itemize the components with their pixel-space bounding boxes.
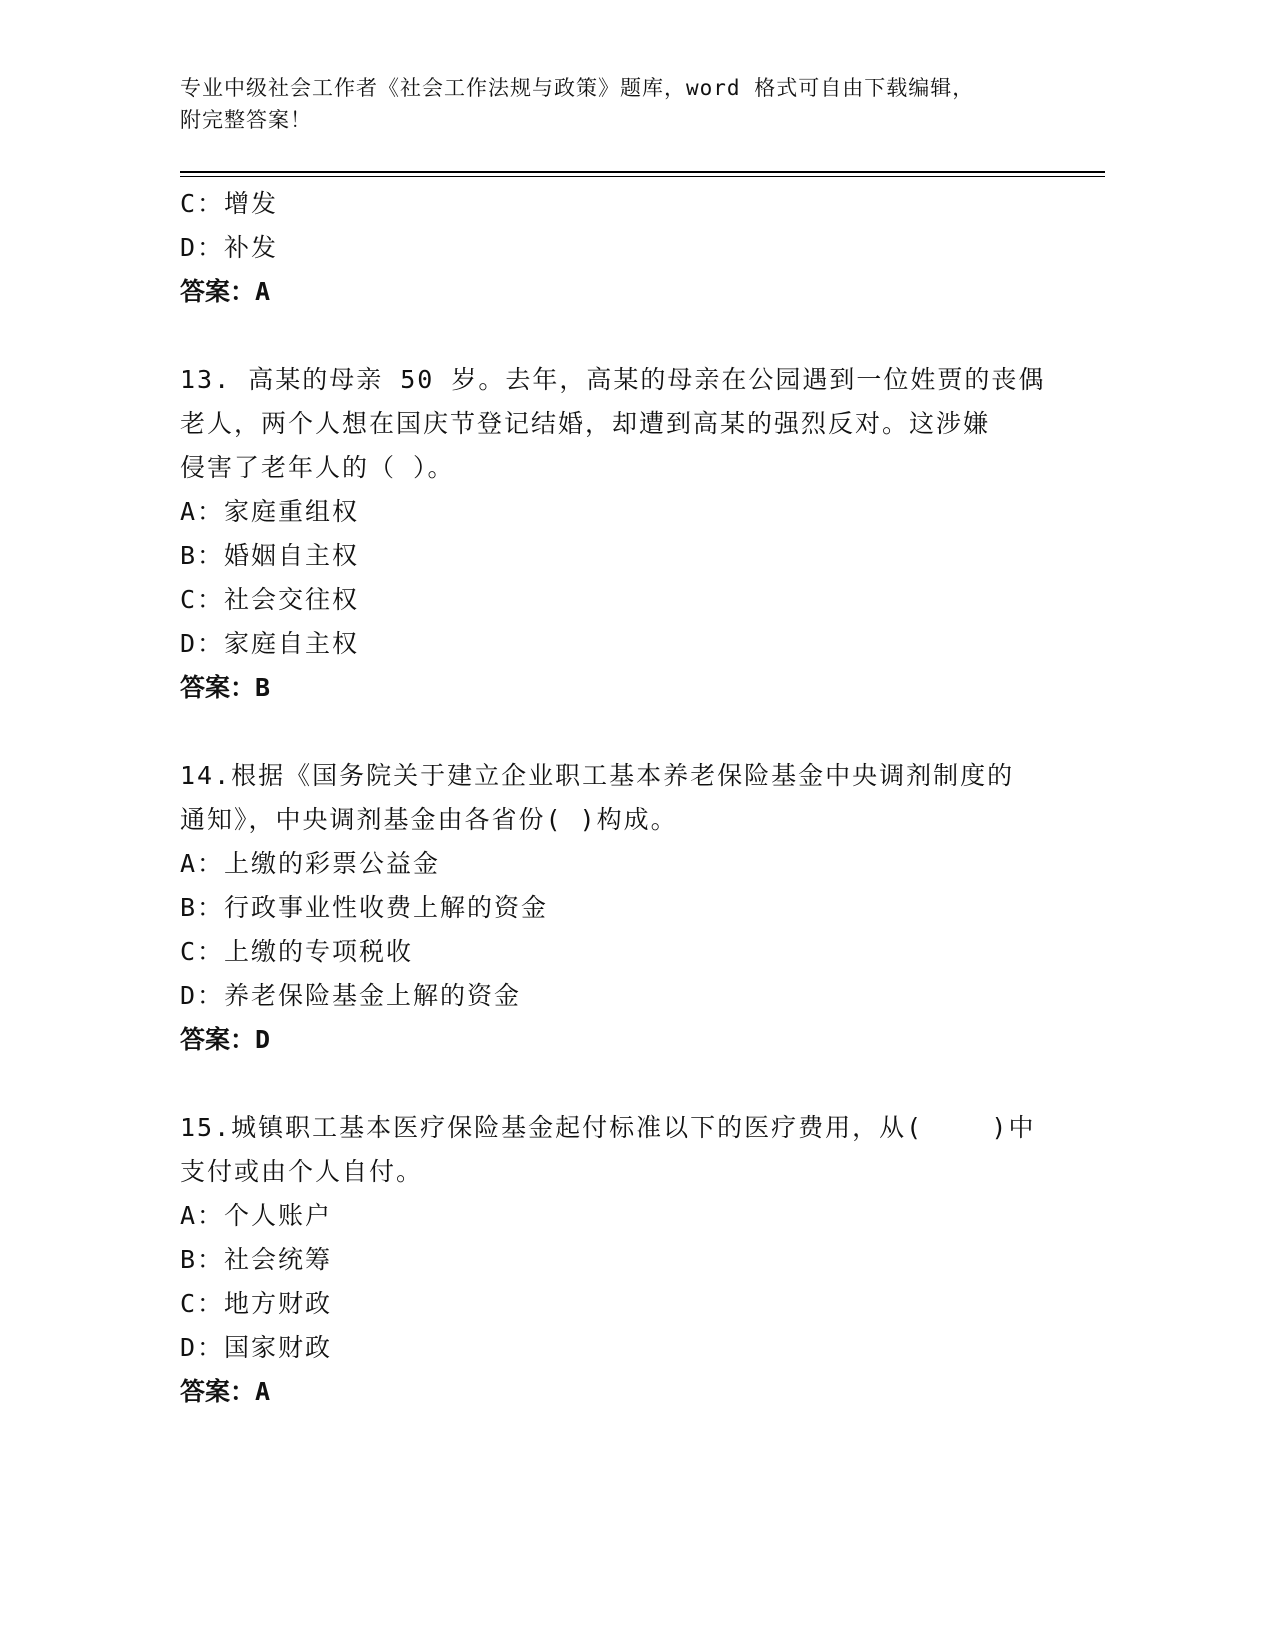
question-text-line: 老人，两个人想在国庆节登记结婚，却遭到高某的强烈反对。这涉嫌 <box>180 402 1060 446</box>
option-d: D：养老保险基金上解的资金 <box>180 974 1060 1018</box>
answer: 答案：A <box>180 270 1060 314</box>
question-text-line: 15.城镇职工基本医疗保险基金起付标准以下的医疗费用，从( )中 <box>180 1106 1060 1150</box>
question-text-line: 14.根据《国务院关于建立企业职工基本养老保险基金中央调剂制度的 <box>180 754 1060 798</box>
option-d: D：补发 <box>180 226 1060 270</box>
header-line-1: 专业中级社会工作者《社会工作法规与政策》题库，word 格式可自由下载编辑， <box>180 72 1040 104</box>
option-a: A：家庭重组权 <box>180 490 1060 534</box>
option-c: C：社会交往权 <box>180 578 1060 622</box>
answer: 答案：D <box>180 1018 1060 1062</box>
page-header: 专业中级社会工作者《社会工作法规与政策》题库，word 格式可自由下载编辑， 附… <box>180 72 1040 136</box>
option-d: D：家庭自主权 <box>180 622 1060 666</box>
option-c: C：地方财政 <box>180 1282 1060 1326</box>
header-line-2: 附完整答案！ <box>180 104 1040 136</box>
header-rule-thick <box>180 171 1105 173</box>
option-b: B：行政事业性收费上解的资金 <box>180 886 1060 930</box>
question-text-line: 支付或由个人自付。 <box>180 1150 1060 1194</box>
answer: 答案：B <box>180 666 1060 710</box>
option-a: A：上缴的彩票公益金 <box>180 842 1060 886</box>
question-text-line: 13. 高某的母亲 50 岁。去年，高某的母亲在公园遇到一位姓贾的丧偶 <box>180 358 1060 402</box>
header-rule-thin <box>180 176 1105 177</box>
option-a: A：个人账户 <box>180 1194 1060 1238</box>
option-c: C：上缴的专项税收 <box>180 930 1060 974</box>
question-text-line: 通知》，中央调剂基金由各省份( )构成。 <box>180 798 1060 842</box>
option-c: C：增发 <box>180 182 1060 226</box>
option-b: B：婚姻自主权 <box>180 534 1060 578</box>
question-14: 14.根据《国务院关于建立企业职工基本养老保险基金中央调剂制度的 通知》，中央调… <box>180 754 1060 1062</box>
answer: 答案：A <box>180 1370 1060 1414</box>
question-15: 15.城镇职工基本医疗保险基金起付标准以下的医疗费用，从( )中 支付或由个人自… <box>180 1106 1060 1414</box>
option-d: D：国家财政 <box>180 1326 1060 1370</box>
question-content: C：增发 D：补发 答案：A 13. 高某的母亲 50 岁。去年，高某的母亲在公… <box>180 182 1060 1414</box>
option-b: B：社会统筹 <box>180 1238 1060 1282</box>
question-13: 13. 高某的母亲 50 岁。去年，高某的母亲在公园遇到一位姓贾的丧偶 老人，两… <box>180 358 1060 710</box>
prev-question-tail: C：增发 D：补发 答案：A <box>180 182 1060 314</box>
question-text-line: 侵害了老年人的（ ）。 <box>180 446 1060 490</box>
